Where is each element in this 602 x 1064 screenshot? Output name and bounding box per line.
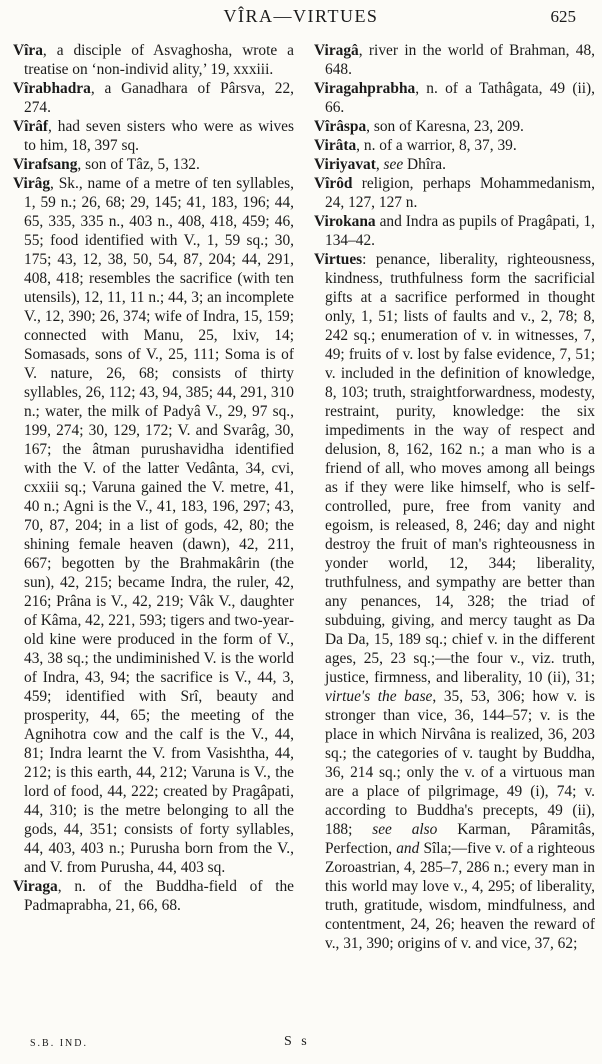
entry-headword: Virâg bbox=[13, 175, 50, 192]
entry-headword: Vîrabhadra bbox=[13, 80, 91, 97]
index-entry: Virtues: penance, liberality, righteousn… bbox=[314, 250, 595, 953]
entry-headword: Virâta bbox=[314, 137, 356, 154]
entry-headword: Viraga bbox=[13, 878, 58, 895]
index-entry: Viragâ, river in the world of Brahman, 4… bbox=[314, 41, 595, 79]
column-right: Viragâ, river in the world of Brahman, 4… bbox=[314, 41, 595, 953]
entry-text: virtue's the base bbox=[325, 688, 432, 705]
index-entry: Vîrâf, had seven sisters who were as wiv… bbox=[13, 117, 294, 155]
entry-text: , son of Tâz, 5, 132. bbox=[77, 156, 199, 173]
entry-text: and bbox=[396, 840, 419, 857]
text-columns: Vîra, a disciple of Asvaghosha, wrote a … bbox=[13, 41, 595, 953]
entry-headword: Vîra bbox=[13, 42, 43, 59]
entry-text: , a disciple of Asvaghosha, wrote a trea… bbox=[24, 42, 294, 78]
entry-headword: Vîrâf bbox=[13, 118, 48, 135]
column-left: Vîra, a disciple of Asvaghosha, wrote a … bbox=[13, 41, 294, 953]
entry-text: , had seven sisters who were as wives to… bbox=[24, 118, 294, 154]
index-entry: Virâta, n. of a warrior, 8, 37, 39. bbox=[314, 136, 595, 155]
index-entry: Vîrâspa, son of Karesna, 23, 209. bbox=[314, 117, 595, 136]
entry-text: , n. of the Buddha-field of the Padmapra… bbox=[24, 878, 294, 914]
entry-headword: Viragahprabha bbox=[314, 80, 415, 97]
entry-text: , bbox=[376, 156, 384, 173]
page-footer: S.B. IND. S s bbox=[0, 1032, 602, 1056]
entry-headword: Virokana bbox=[314, 213, 376, 230]
entry-text: Dhîra. bbox=[403, 156, 446, 173]
running-head: VÎRA—VIRTUES 625 bbox=[0, 6, 602, 32]
index-entry: Viragahprabha, n. of a Tathâgata, 49 (ii… bbox=[314, 79, 595, 117]
entry-headword: Vîrôd bbox=[314, 175, 352, 192]
index-entry: Viraga, n. of the Buddha-field of the Pa… bbox=[13, 877, 294, 915]
index-entry: Virâg, Sk., name of a metre of ten sylla… bbox=[13, 174, 294, 877]
footer-imprint: S.B. IND. bbox=[30, 1038, 88, 1049]
footer-signature-mark: S s bbox=[284, 1034, 310, 1050]
entry-text: religion, perhaps Mohammedanism, 24, 127… bbox=[325, 175, 595, 211]
entry-headword: Viriyavat bbox=[314, 156, 376, 173]
entry-headword: Virtues bbox=[314, 251, 362, 268]
index-entry: Viriyavat, see Dhîra. bbox=[314, 155, 595, 174]
entry-text: see bbox=[384, 156, 404, 173]
page-title: VÎRA—VIRTUES bbox=[0, 6, 602, 27]
index-entry: Virokana and Indra as pupils of Pragâpat… bbox=[314, 212, 595, 250]
book-page: VÎRA—VIRTUES 625 Vîra, a disciple of Asv… bbox=[0, 0, 602, 1064]
index-entry: Vîrôd religion, perhaps Mohammedanism, 2… bbox=[314, 174, 595, 212]
entry-headword: Viragâ bbox=[314, 42, 359, 59]
entry-headword: Virafsang bbox=[13, 156, 77, 173]
entry-text: , Sk., name of a metre of ten syllables,… bbox=[24, 175, 294, 876]
index-entry: Virafsang, son of Tâz, 5, 132. bbox=[13, 155, 294, 174]
page-number: 625 bbox=[551, 7, 577, 27]
entry-text: see also bbox=[372, 821, 437, 838]
entry-headword: Vîrâspa bbox=[314, 118, 366, 135]
entry-text: , river in the world of Brahman, 48, 648… bbox=[325, 42, 595, 78]
index-entry: Vîrabhadra, a Ganadhara of Pârsva, 22, 2… bbox=[13, 79, 294, 117]
entry-text: , 35, 53, 306; how v. is stronger than v… bbox=[325, 688, 595, 838]
entry-text: , n. of a warrior, 8, 37, 39. bbox=[356, 137, 517, 154]
entry-text: : penance, liberality, righteousness, ki… bbox=[325, 251, 595, 686]
entry-text: , son of Karesna, 23, 209. bbox=[366, 118, 524, 135]
index-entry: Vîra, a disciple of Asvaghosha, wrote a … bbox=[13, 41, 294, 79]
